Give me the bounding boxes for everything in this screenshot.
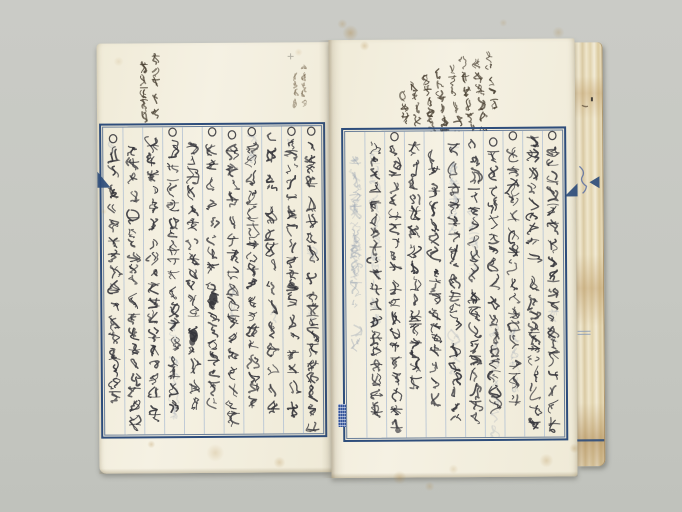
margin-annotation <box>140 54 160 122</box>
open-manuscript-book <box>0 0 682 512</box>
column-rule <box>182 127 184 434</box>
right-page-frame <box>341 126 568 442</box>
handwriting-column <box>264 133 279 413</box>
entry-marker-circle <box>489 138 496 146</box>
handwriting-column <box>185 142 201 409</box>
foxing-stain <box>337 19 347 29</box>
column-rule <box>404 132 406 438</box>
handwriting-column <box>426 150 442 406</box>
entry-marker-circle <box>509 132 516 140</box>
handwriting-column <box>486 138 501 413</box>
handwriting-column <box>467 140 484 424</box>
foxing-stain <box>552 26 564 38</box>
left-page-frame-inner-rule <box>102 125 324 436</box>
handwriting-column <box>284 127 301 417</box>
handwriting-column <box>107 135 124 403</box>
gutter-pencil-note <box>288 53 307 107</box>
right-page-handwriting <box>345 130 564 438</box>
handwriting-column <box>205 128 220 409</box>
ink-blot <box>189 338 195 346</box>
handwriting-column <box>448 144 462 421</box>
handwriting-column <box>350 157 363 351</box>
right-page-frame-inner-rule <box>344 129 565 439</box>
column-rule <box>301 126 303 433</box>
handwriting-column <box>407 142 422 389</box>
column-rule <box>281 126 283 433</box>
column-rule <box>123 128 125 435</box>
handwriting-column <box>245 127 261 407</box>
column-rule <box>143 127 145 434</box>
handwriting-column <box>145 137 161 422</box>
handwriting-column <box>304 127 320 432</box>
pencil-cross-mark <box>288 53 294 59</box>
entry-marker-circle <box>307 127 314 135</box>
left-page <box>97 42 332 474</box>
handwriting-column <box>546 131 561 432</box>
entry-marker-circle <box>391 132 398 140</box>
entry-marker-circle <box>109 135 116 143</box>
fore-edge-page-stack <box>575 42 606 466</box>
entry-marker-circle <box>228 131 235 139</box>
column-rule <box>262 127 264 434</box>
column-rule <box>222 127 224 434</box>
column-rule <box>464 131 466 437</box>
handwriting-column <box>224 131 241 427</box>
photo-scene: Photograph of an open stitched-bound Jap… <box>0 0 682 512</box>
column-rule <box>385 132 387 438</box>
column-rule <box>444 131 446 437</box>
entry-marker-circle <box>208 128 215 136</box>
column-rule <box>202 127 204 434</box>
library-stamp <box>338 404 346 427</box>
column-rule <box>365 132 367 438</box>
handwriting-column <box>525 136 543 429</box>
column-rule <box>503 131 505 437</box>
right-page-top-margin <box>328 38 575 132</box>
handwriting-column <box>167 128 181 412</box>
column-rule <box>424 131 426 437</box>
entry-marker-circle <box>169 128 176 136</box>
handwriting-column <box>388 132 403 432</box>
foxing-stain <box>499 19 507 27</box>
margin-annotation <box>396 51 502 132</box>
left-page-top-margin <box>97 42 330 124</box>
column-rule <box>242 127 244 434</box>
handwriting-column <box>126 146 141 430</box>
column-rule <box>523 131 525 437</box>
left-page-frame <box>99 122 327 439</box>
entry-marker-circle <box>549 131 556 139</box>
foxing-stain <box>425 481 435 491</box>
foxing-stains <box>0 0 680 2</box>
left-page-handwriting <box>103 126 323 435</box>
column-rule <box>163 127 165 434</box>
column-rule <box>542 131 544 437</box>
ink-blot <box>209 301 215 309</box>
foxing-stain <box>342 25 358 41</box>
entry-marker-circle <box>288 127 295 135</box>
right-page <box>328 38 577 478</box>
column-rule <box>483 131 485 437</box>
